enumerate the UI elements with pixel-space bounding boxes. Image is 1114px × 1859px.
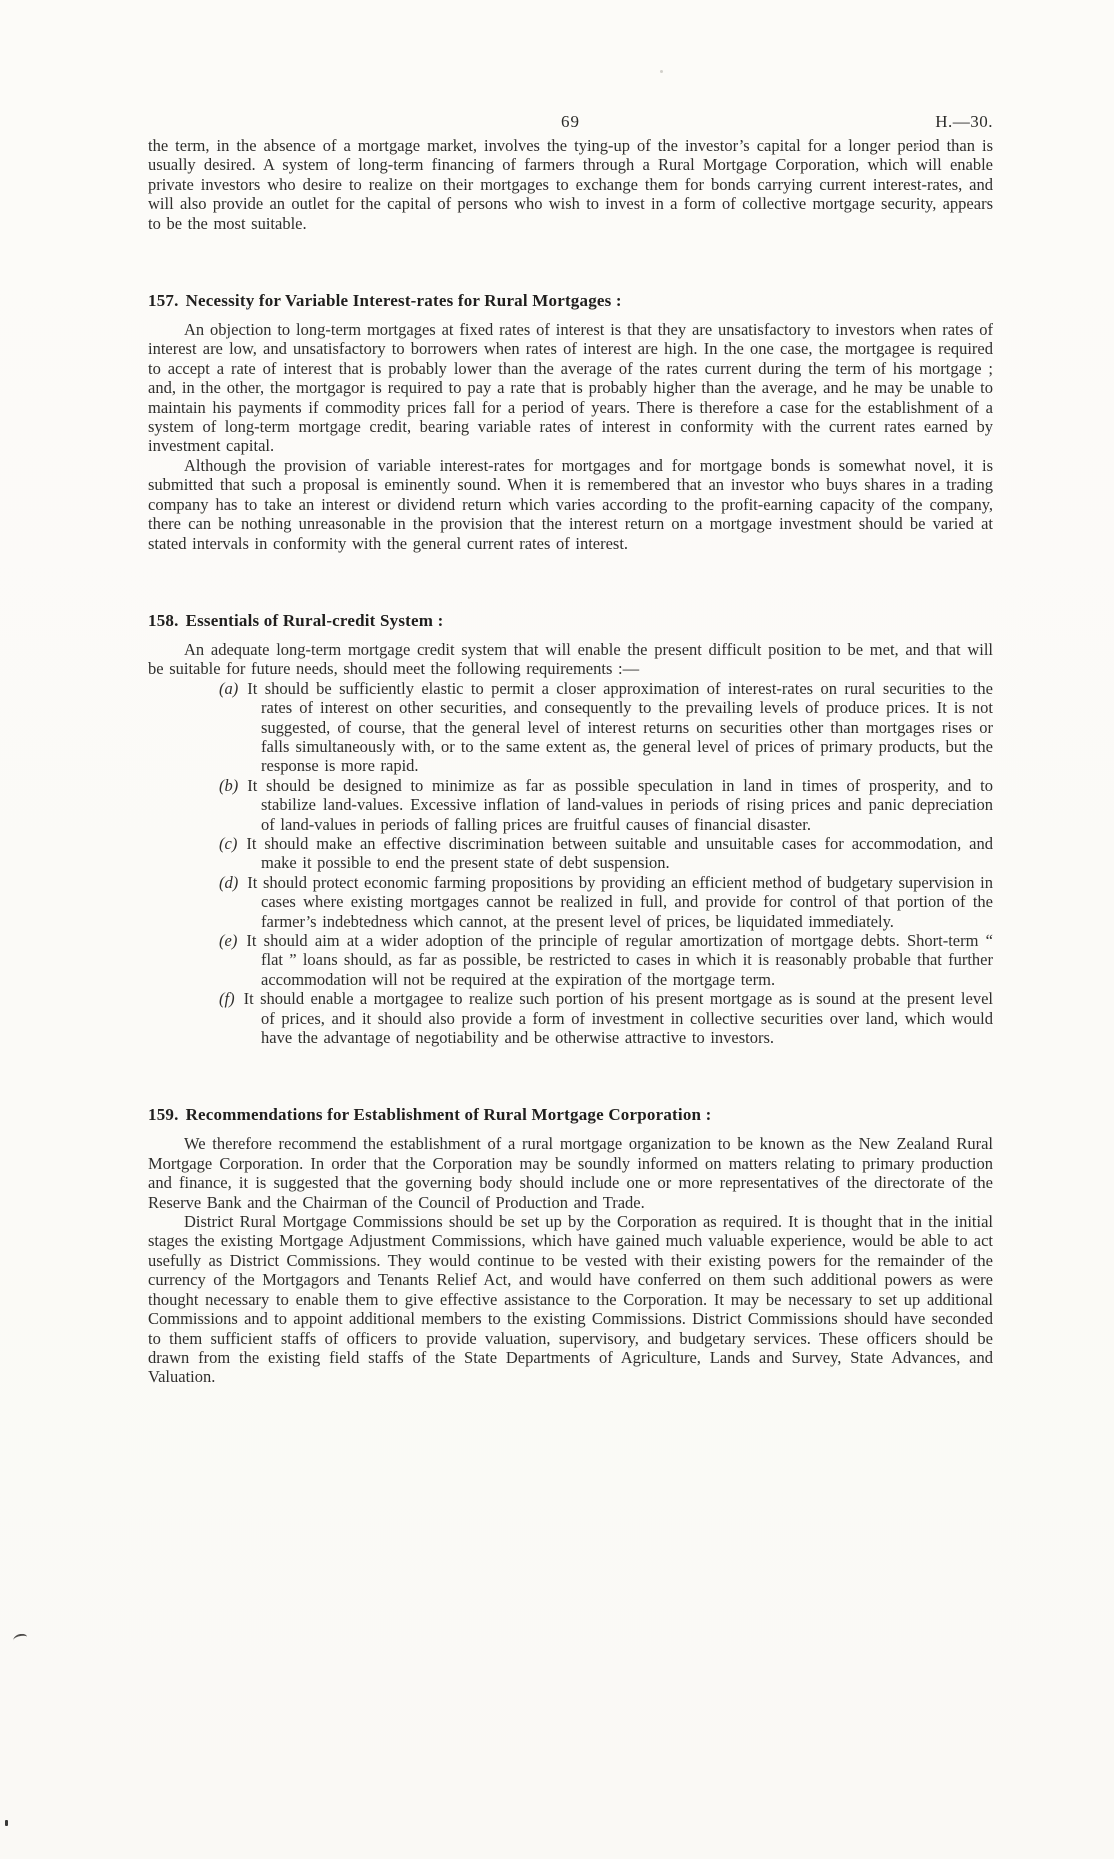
page-header: 69 H.—30. xyxy=(148,112,993,136)
scan-artifact-speck xyxy=(914,146,919,148)
section-158-intro: An adequate long-term mortgage credit sy… xyxy=(148,640,993,679)
section-157-heading: 157.Necessity for Variable Interest-rate… xyxy=(148,290,993,311)
requirement-label-a: (a) xyxy=(219,679,247,698)
requirement-label-d: (d) xyxy=(219,873,247,892)
requirement-item-e: (e)It should aim at a wider adoption of … xyxy=(148,931,993,989)
section-158-title: Essentials of Rural-credit System : xyxy=(186,611,444,630)
requirement-label-c: (c) xyxy=(219,834,246,853)
intro-paragraph: the term, in the absence of a mortgage m… xyxy=(148,136,993,233)
requirement-text-d: It should protect economic farming propo… xyxy=(247,873,993,931)
section-157-number: 157. xyxy=(148,291,186,310)
scan-artifact-speck xyxy=(660,70,663,73)
requirement-item-d: (d)It should protect economic farming pr… xyxy=(148,873,993,931)
scan-artifact-margin-mark xyxy=(13,1633,28,1640)
section-159-heading: 159.Recommendations for Establishment of… xyxy=(148,1104,993,1125)
section-157-paragraph-2: Although the provision of variable inter… xyxy=(148,456,993,553)
section-157-title: Necessity for Variable Interest-rates fo… xyxy=(186,291,622,310)
requirement-item-f: (f)It should enable a mortgagee to reali… xyxy=(148,989,993,1047)
requirement-label-f: (f) xyxy=(219,989,244,1008)
section-158-heading: 158.Essentials of Rural-credit System : xyxy=(148,610,993,631)
requirement-text-e: It should aim at a wider adoption of the… xyxy=(246,931,993,989)
section-157-paragraph-1: An objection to long-term mortgages at f… xyxy=(148,320,993,456)
section-158-number: 158. xyxy=(148,611,186,630)
requirement-text-a: It should be sufficiently elastic to per… xyxy=(247,679,993,776)
requirement-item-b: (b)It should be designed to minimize as … xyxy=(148,776,993,834)
section-159-number: 159. xyxy=(148,1105,186,1124)
page-number: 69 xyxy=(561,112,580,132)
requirement-item-a: (a)It should be sufficiently elastic to … xyxy=(148,679,993,776)
requirement-item-c: (c)It should make an effective discrimin… xyxy=(148,834,993,873)
section-159-paragraph-2: District Rural Mortgage Commissions shou… xyxy=(148,1212,993,1387)
section-159-paragraph-1: We therefore recommend the establishment… xyxy=(148,1134,993,1212)
requirement-text-f: It should enable a mortgagee to realize … xyxy=(244,989,993,1047)
scan-artifact-speck xyxy=(5,1820,8,1826)
text-block: 69 H.—30. the term, in the absence of a … xyxy=(148,112,993,1387)
requirement-label-e: (e) xyxy=(219,931,246,950)
document-page: 69 H.—30. the term, in the absence of a … xyxy=(0,0,1114,1859)
document-reference: H.—30. xyxy=(935,112,993,132)
section-159-title: Recommendations for Establishment of Rur… xyxy=(186,1105,712,1124)
requirement-text-c: It should make an effective discriminati… xyxy=(246,834,993,872)
requirement-label-b: (b) xyxy=(219,776,247,795)
requirement-text-b: It should be designed to minimize as far… xyxy=(247,776,993,834)
